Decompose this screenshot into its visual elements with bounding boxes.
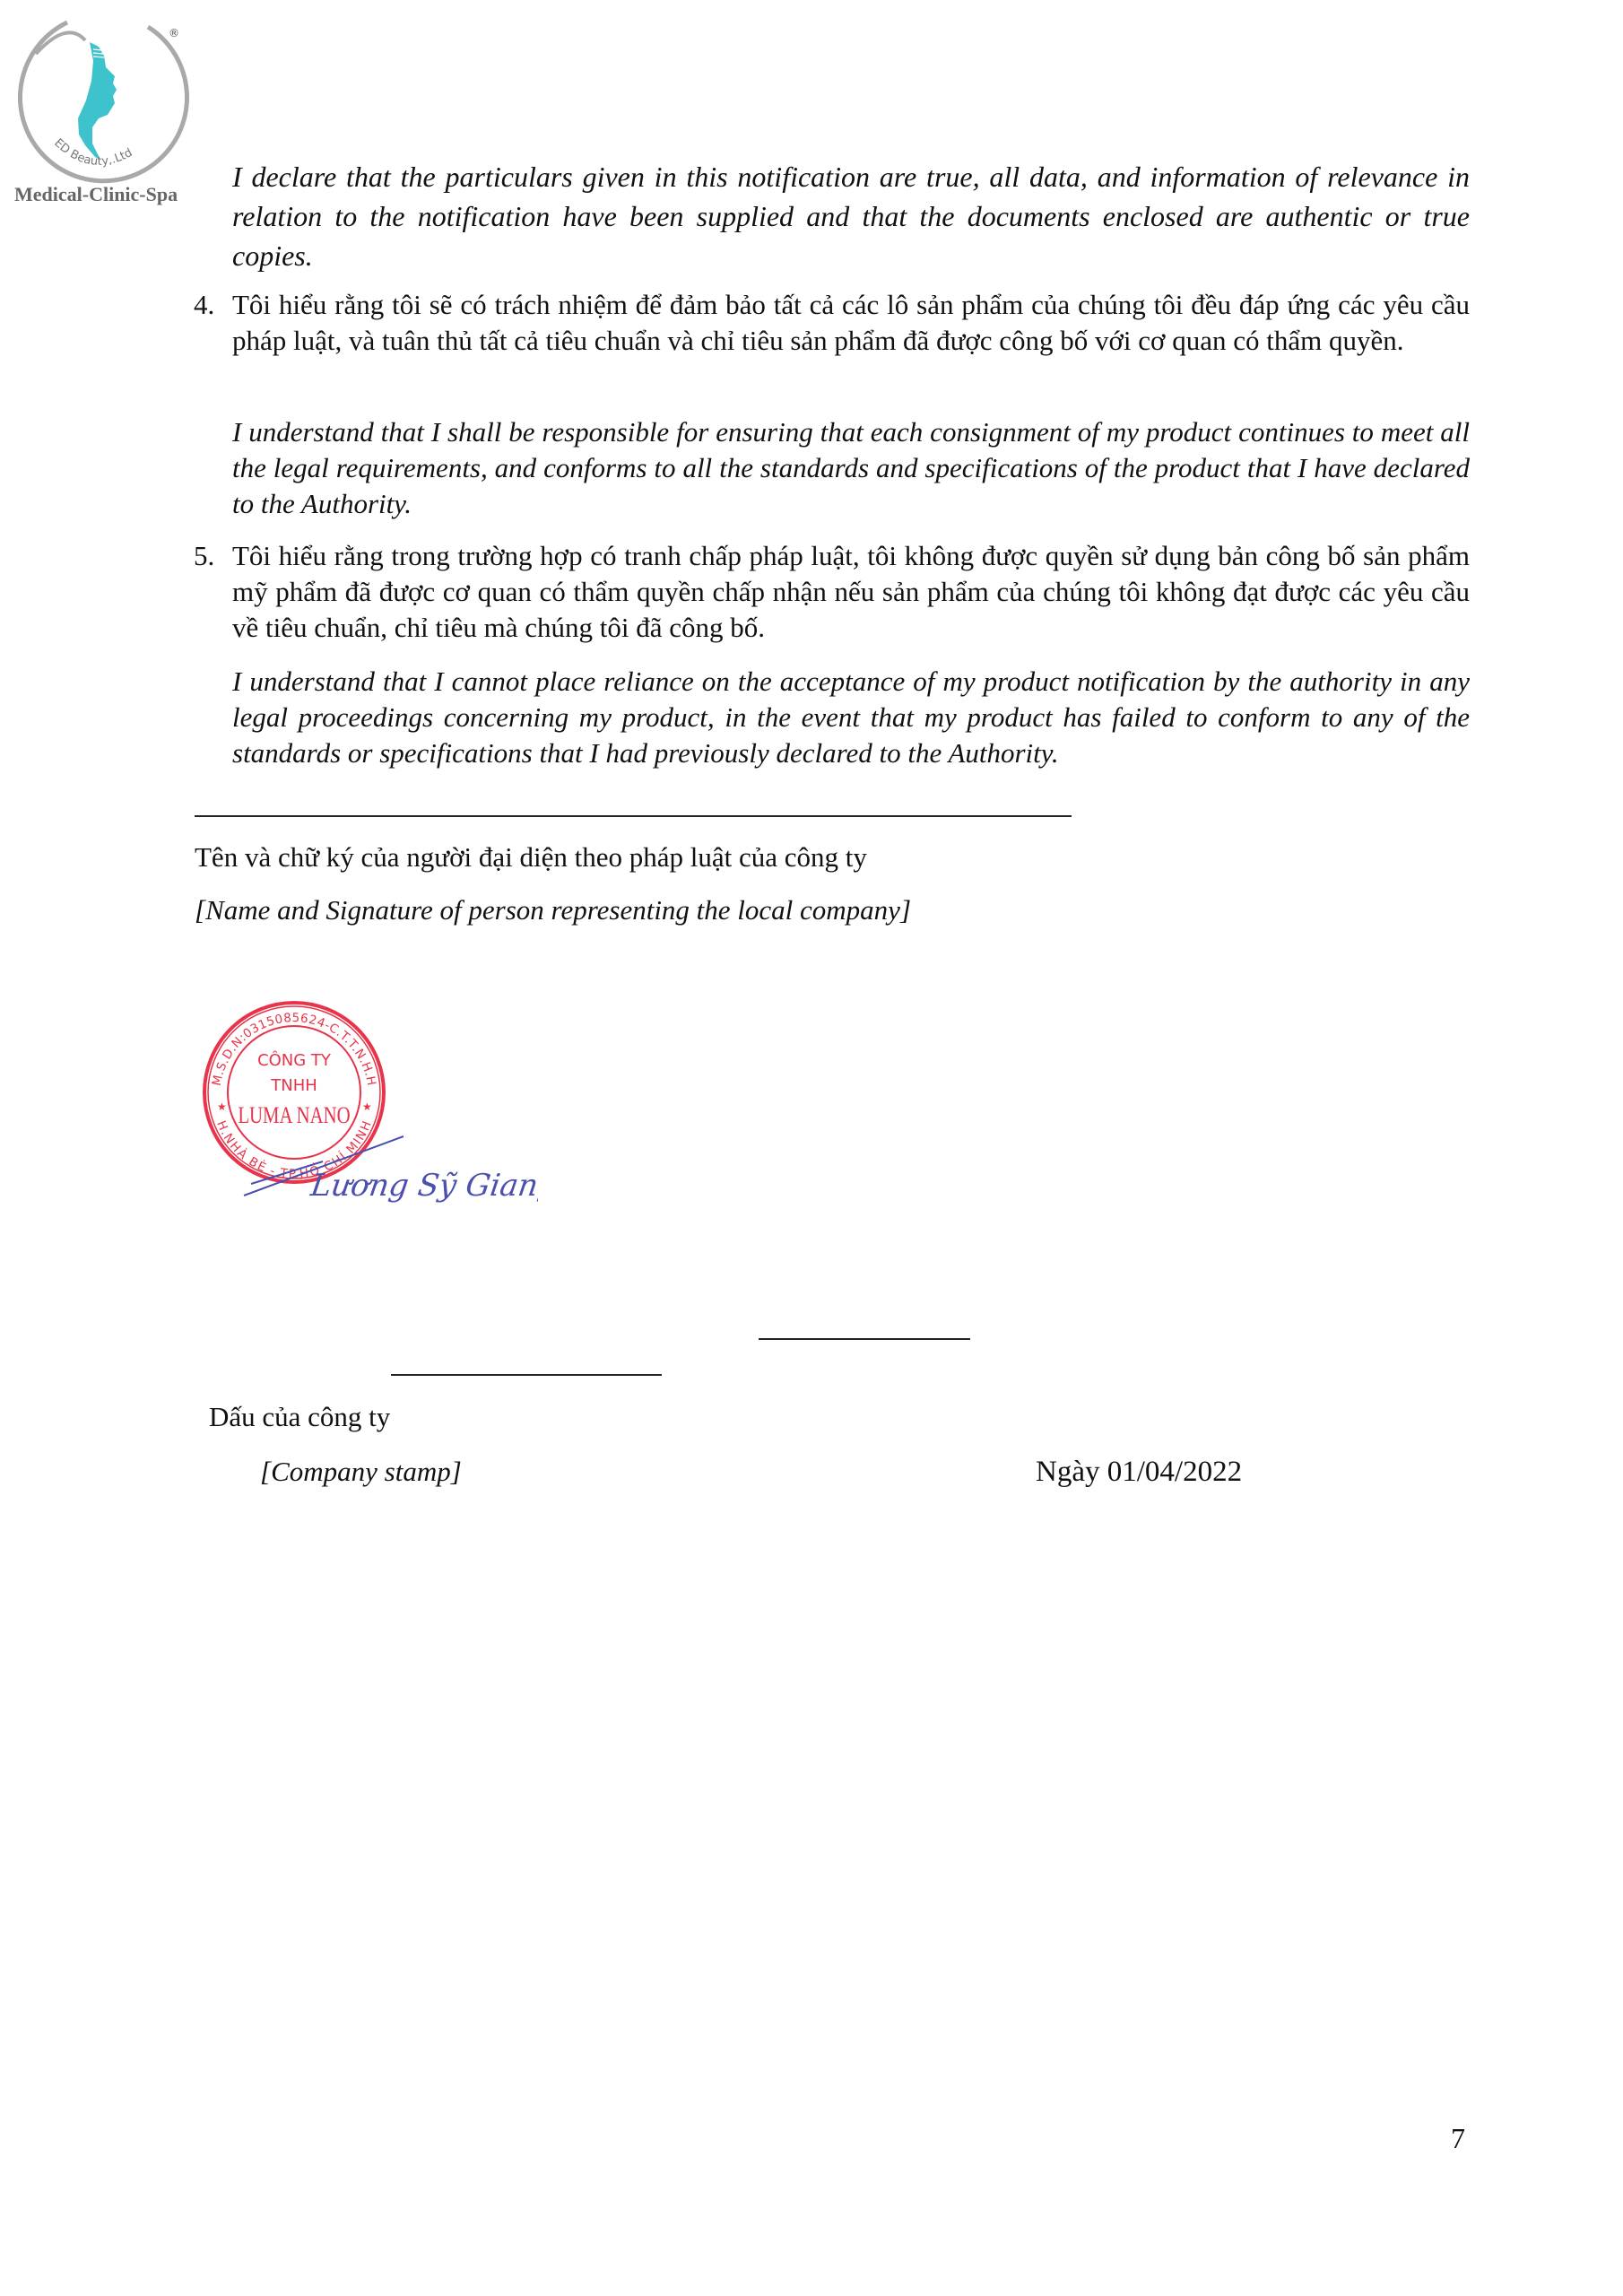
date-text: Ngày 01/04/2022: [1036, 1456, 1242, 1489]
item-4-vietnamese: Tôi hiểu rằng tôi sẽ có trách nhiệm để đ…: [232, 287, 1470, 359]
date-line: [759, 1338, 970, 1340]
svg-text:®: ®: [169, 27, 179, 39]
svg-text:CÔNG TY: CÔNG TY: [257, 1050, 332, 1070]
signature-scribble-icon: Lương Sỹ Giang: [233, 1135, 538, 1224]
signature-label-vietnamese: Tên và chữ ký của người đại diện theo ph…: [195, 841, 867, 874]
item-4-english: I understand that I shall be responsible…: [232, 414, 1470, 522]
logo-tagline: Medical-Clinic-Spa: [14, 183, 178, 206]
declaration-paragraph: I declare that the particulars given in …: [232, 157, 1470, 275]
signature-label-english: [Name and Signature of person representi…: [195, 894, 911, 926]
handwritten-signature: Lương Sỹ Giang: [233, 1135, 538, 1224]
signature-line: [195, 815, 1072, 817]
item-5-number: 5.: [194, 538, 214, 574]
item-5-english: I understand that I cannot place relianc…: [232, 664, 1470, 771]
page-number: 7: [1451, 2122, 1465, 2155]
svg-text:★: ★: [362, 1100, 372, 1113]
svg-text:Lương Sỹ Giang: Lương Sỹ Giang: [308, 1168, 538, 1204]
stamp-line: [391, 1374, 662, 1376]
company-logo: ED Beauty,.Ltd ® Medical-Clinic-Spa: [0, 0, 215, 215]
stamp-label-english: [Company stamp]: [260, 1456, 462, 1488]
stamp-label-vietnamese: Dấu của công ty: [209, 1401, 390, 1433]
svg-text:LUMA NANO: LUMA NANO: [238, 1103, 350, 1129]
svg-text:★: ★: [217, 1100, 227, 1113]
item-5-vietnamese: Tôi hiểu rằng trong trường hợp có tranh …: [232, 538, 1470, 646]
item-4-number: 4.: [194, 287, 214, 323]
svg-text:TNHH: TNHH: [270, 1076, 317, 1095]
